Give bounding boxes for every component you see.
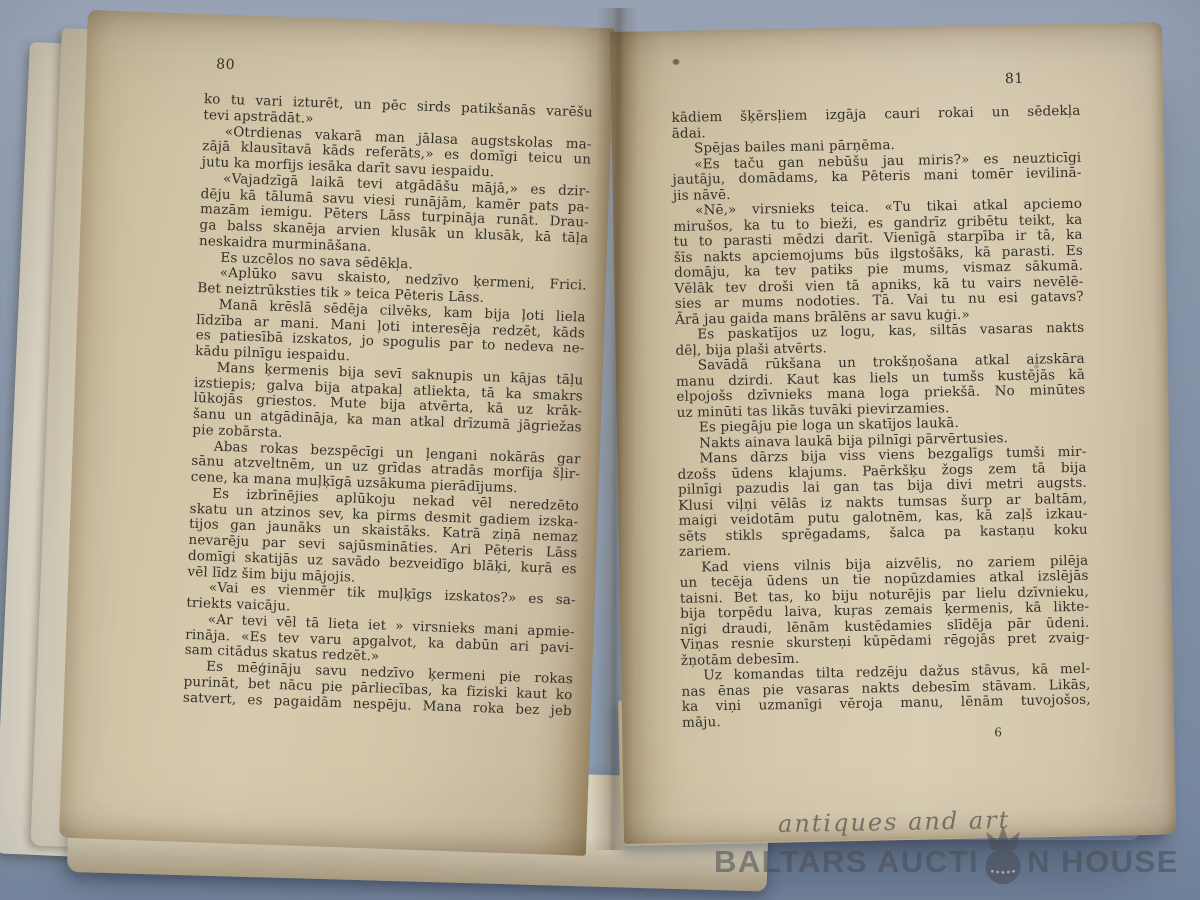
foxing-spot [672,59,679,65]
photo-background: 80 ko tu vari izturēt, un pēc sirds pati… [0,0,1200,900]
page-left: 80 ko tu vari izturēt, un pēc sirds pati… [59,10,615,856]
signature-mark: 6 [994,725,1002,739]
book: 80 ko tu vari izturēt, un pēc sirds pati… [0,0,1200,900]
page-text-left: ko tu vari izturēt, un pēc sirds patikša… [183,92,593,719]
page-number-right: 81 [1005,71,1024,87]
foxing-spot-small [1034,365,1039,369]
page-text-right: kādiem šķērsļiem izgāja cauri rokai un s… [671,104,1091,731]
page-right: 81 kādiem šķērsļiem izgāja cauri rokai u… [610,22,1176,844]
page-number-left: 80 [216,57,235,74]
